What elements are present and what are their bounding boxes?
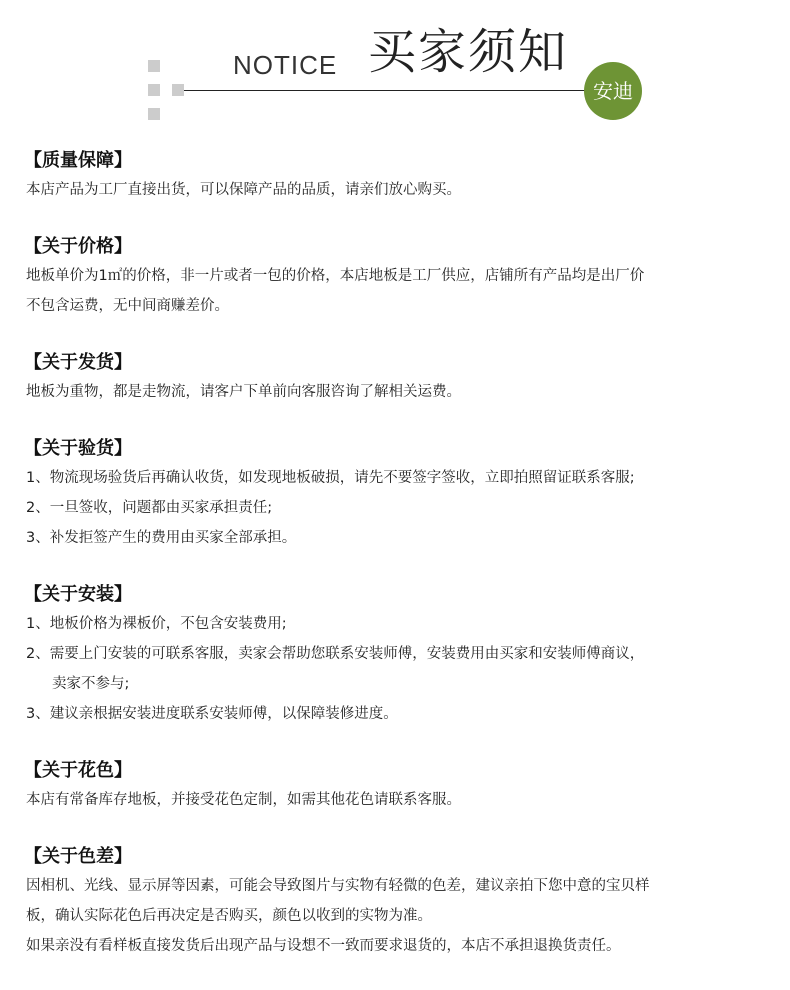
section-text: 地板单价为1㎡的价格，非一片或者一包的价格，本店地板是工厂供应，店铺所有产品均是…: [26, 261, 766, 291]
section-text: 本店有常备库存地板，并接受花色定制，如需其他花色请联系客服。: [26, 785, 766, 815]
brand-badge: 安迪: [584, 62, 642, 120]
section-color-difference: 【关于色差】 因相机、光线、显示屏等因素，可能会导致图片与实物有轻微的色差，建议…: [26, 843, 766, 961]
section-quality: 【质量保障】 本店产品为工厂直接出货，可以保障产品的品质，请亲们放心购买。: [26, 147, 766, 205]
section-title: 【关于花色】: [24, 757, 766, 785]
notice-label: NOTICE: [233, 50, 337, 80]
section-installation: 【关于安装】 1、地板价格为裸板价，不包含安装费用; 2、需要上门安装的可联系客…: [26, 581, 766, 729]
section-inspection: 【关于验货】 1、物流现场验货后再确认收货，如发现地板破损，请先不要签字签收，立…: [26, 435, 766, 553]
notice-header: NOTICE 买家须知 安迪: [0, 0, 790, 130]
section-title: 【关于色差】: [24, 843, 766, 871]
section-price: 【关于价格】 地板单价为1㎡的价格，非一片或者一包的价格，本店地板是工厂供应，店…: [26, 233, 766, 321]
section-text: 卖家不参与;: [26, 669, 766, 699]
decor-square: [148, 60, 160, 72]
notice-content: 【质量保障】 本店产品为工厂直接出货，可以保障产品的品质，请亲们放心购买。 【关…: [26, 147, 766, 961]
section-title: 【关于价格】: [24, 233, 766, 261]
decor-square: [172, 84, 184, 96]
section-text: 地板为重物，都是走物流，请客户下单前向客服咨询了解相关运费。: [26, 377, 766, 407]
section-text: 3、补发拒签产生的费用由买家全部承担。: [26, 523, 766, 553]
section-title: 【关于发货】: [24, 349, 766, 377]
section-title: 【关于安装】: [24, 581, 766, 609]
section-text: 3、建议亲根据安装进度联系安装师傅，以保障装修进度。: [26, 699, 766, 729]
section-shipping: 【关于发货】 地板为重物，都是走物流，请客户下单前向客服咨询了解相关运费。: [26, 349, 766, 407]
decor-square: [148, 108, 160, 120]
section-text: 1、地板价格为裸板价，不包含安装费用;: [26, 609, 766, 639]
section-title: 【关于验货】: [24, 435, 766, 463]
header-divider-line: [184, 90, 588, 91]
section-text: 如果亲没有看样板直接发货后出现产品与设想不一致而要求退货的，本店不承担退换货责任…: [26, 931, 766, 961]
section-title: 【质量保障】: [24, 147, 766, 175]
section-text: 板，确认实际花色后再决定是否购买，颜色以收到的实物为准。: [26, 901, 766, 931]
decor-square: [148, 84, 160, 96]
section-text: 因相机、光线、显示屏等因素，可能会导致图片与实物有轻微的色差，建议亲拍下您中意的…: [26, 871, 766, 901]
section-text: 2、一旦签收，问题都由买家承担责任;: [26, 493, 766, 523]
section-text: 本店产品为工厂直接出货，可以保障产品的品质，请亲们放心购买。: [26, 175, 766, 205]
section-text: 1、物流现场验货后再确认收货，如发现地板破损，请先不要签字签收，立即拍照留证联系…: [26, 463, 766, 493]
section-color: 【关于花色】 本店有常备库存地板，并接受花色定制，如需其他花色请联系客服。: [26, 757, 766, 815]
page-title: 买家须知: [368, 22, 568, 82]
section-text: 2、需要上门安装的可联系客服，卖家会帮助您联系安装师傅，安装费用由买家和安装师傅…: [26, 639, 766, 669]
section-text: 不包含运费，无中间商赚差价。: [26, 291, 766, 321]
